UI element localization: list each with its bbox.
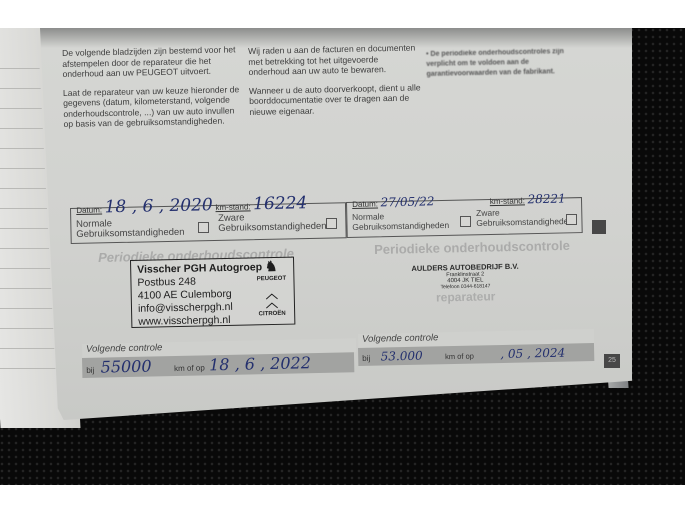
entry-1-normal-label: Normale Gebruiksomstandigheden: [76, 218, 185, 240]
entry-2-heavy-checkbox[interactable]: [566, 214, 577, 225]
entry-1-dealer-stamp: Visscher PGH Autogroep Postbus 248 4100 …: [130, 257, 295, 328]
entry-1-km-value: 16224: [253, 193, 308, 214]
section-tab-marker: [592, 220, 606, 234]
entry-1-next-label: Volgende controle: [86, 342, 162, 355]
entry-1-heavy-checkbox[interactable]: [326, 218, 337, 229]
entry-2-normal-checkbox[interactable]: [460, 216, 471, 227]
entry-1-heavy: Zware Gebruiksomstandigheden: [218, 212, 328, 234]
entry-2-normal-label: Normale Gebruiksomstandigheden: [352, 211, 449, 232]
entry-1-heavy-label: Zware Gebruiksomstandigheden: [218, 212, 327, 234]
stamp-2-watermark: reparateur: [411, 289, 521, 305]
entry-1-datum-label: Datum:: [76, 205, 102, 215]
entry-2-km-of-op-label: km of op: [445, 352, 474, 362]
entry-1-km-of-op-label: km of op: [174, 363, 205, 373]
entry-2-bij-label: bij: [362, 354, 370, 363]
entry-2-km-value: 28221: [527, 192, 565, 207]
entry-1-next-km-value: 55000: [100, 357, 151, 377]
entry-1-normal-checkbox[interactable]: [198, 222, 209, 233]
entry-1-normal: Normale Gebruiksomstandigheden: [76, 218, 186, 240]
intro-left-p2: Laat de reparateur van uw keuze hieronde…: [63, 84, 242, 130]
entry-2-next-label: Volgende controle: [362, 332, 438, 345]
intro-left-p1: De volgende bladzijden zijn bestemd voor…: [62, 44, 241, 79]
entry-2-heavy: Zware Gebruiksomstandigheden: [476, 206, 566, 228]
intro-middle-p2: Wanneer u de auto doorverkoopt, dient u …: [249, 82, 422, 117]
entry-1-next-date-value: 18 , 6 , 2022: [209, 353, 311, 374]
entry-2-next-date-value: , 05 , 2024: [500, 346, 565, 361]
peugeot-logo: ♞ PEUGEOT: [253, 260, 290, 287]
brand-citroen-label: CITROËN: [254, 308, 290, 322]
entry-2-heavy-label: Zware Gebruiksomstandigheden: [476, 208, 573, 228]
intro-middle-text: Wij raden u aan de facturen en documente…: [248, 42, 422, 125]
entry-2-km-label: km-stand:: [490, 196, 525, 206]
intro-right-bullet: • De periodieke onderhoudscontroles zijn…: [426, 47, 587, 80]
page-number: 25: [604, 354, 620, 368]
entry-2-next-km-value: 53.000: [381, 349, 423, 364]
double-chevron-icon: ︿︿: [254, 290, 290, 309]
lion-icon: ♞: [253, 260, 289, 274]
entry-2-normal: Normale Gebruiksomstandigheden: [352, 210, 462, 232]
entry-2-dealer-stamp: AULDERS AUTOBEDRIJF B.V. Franklinstraat …: [410, 262, 521, 305]
entry-1-km-label: km-stand:: [215, 202, 250, 212]
citroen-logo: ︿︿ CITROËN: [254, 290, 291, 322]
intro-left-text: De volgende bladzijden zijn bestemd voor…: [62, 44, 242, 137]
intro-right-bullet-text: De periodieke onderhoudscontroles zijn v…: [426, 48, 564, 78]
brand-peugeot-label: PEUGEOT: [253, 273, 289, 287]
entry-2-datum-label: Datum:: [352, 199, 378, 209]
intro-middle-p1: Wij raden u aan de facturen en documente…: [248, 42, 421, 77]
entry-1-bij-label: bij: [86, 366, 94, 375]
booklet-photo: De volgende bladzijden zijn bestemd voor…: [0, 28, 685, 485]
entry-1-datum-value: 18 , 6 , 2020: [104, 195, 213, 217]
entry-2-datum-value: 27/05/22: [380, 194, 434, 209]
